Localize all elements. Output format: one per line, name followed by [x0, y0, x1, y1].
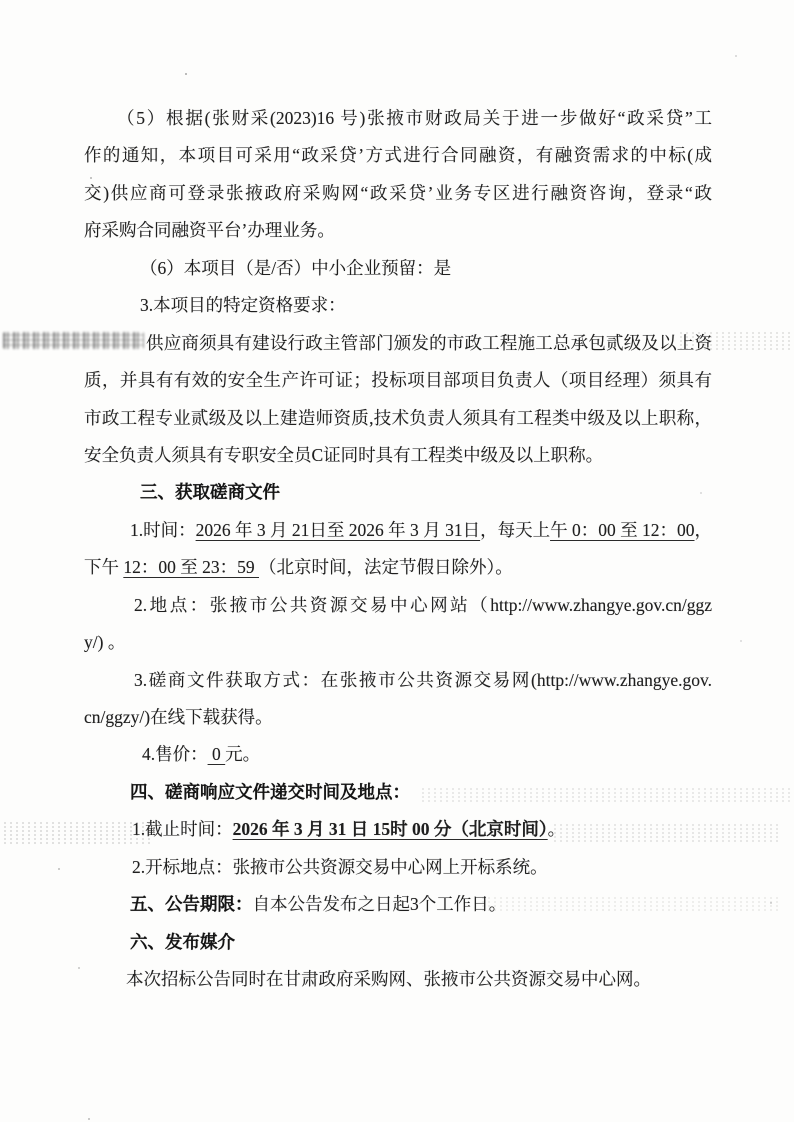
heading-section-6-media: 六、发布媒介: [84, 924, 712, 961]
item-3-specific-qualifications: 3.本项目的特定资格要求：: [84, 287, 712, 324]
item-location-line2: y/) 。: [84, 624, 712, 661]
para-5-line1: （5）根据(张财采(2023)16 号)张掖市财政局关于进一步做好“政采贷”工: [84, 100, 712, 137]
text-segment: y/) 。: [84, 632, 125, 652]
media-publication-line: 本次招标公告同时在甘肃政府采购网、张掖市公共资源交易中心网。: [84, 961, 712, 998]
text-segment: 本次招标公告同时在甘肃政府采购网、张掖市公共资源交易中心网。: [126, 969, 651, 989]
text-segment: （5）根据(张财采(2023)16 号)张掖市财政局关于进一步做好“政采贷”工: [117, 108, 712, 128]
item-price-line: 4.售价： 0 元。: [84, 736, 712, 773]
text-segment: 供应商须具有建设行政主管部门颁发的市政工程施工总承包贰级及以上资: [146, 333, 712, 353]
qualification-para-line3: 市政工程专业贰级及以上建造师资质,技术负责人须具有工程类中级及以上职称，: [84, 400, 712, 437]
para-5-line4: 府采购合同融资平台’办理业务。: [84, 212, 712, 249]
scan-noise-deadline-left: [2, 821, 154, 844]
text-segment: 作的通知，本项目可采用“政采贷’方式进行合同融资，有融资需求的中标(成: [84, 145, 712, 165]
section-5-label: 五、公告期限：: [130, 894, 253, 914]
para-5-line2: 作的通知，本项目可采用“政采贷’方式进行合同融资，有融资需求的中标(成: [84, 137, 712, 174]
text-segment: 元。: [225, 744, 260, 764]
text-segment: 下午: [84, 557, 123, 577]
text-segment: 2.地点：张掖市公共资源交易中心网站（http://www.zhangye.go…: [134, 595, 712, 615]
text-segment: 六、发布媒介: [130, 932, 235, 952]
text-segment: （北京时间，法定节假日除外）。: [259, 557, 513, 577]
text-segment: ，: [695, 520, 713, 540]
para-5-line3: 交)供应商可登录张掖政府采购网“政采贷’业务专区进行融资咨询，登录“政: [84, 175, 712, 212]
item-obtain-method-line2: cn/ggzy/)在线下载获得。: [84, 699, 712, 736]
underlined-morning-hours: 午 0：00 至 12：00: [550, 520, 694, 540]
text-segment: 1.时间：: [130, 520, 196, 540]
text-segment: 4.售价：: [142, 744, 208, 764]
scan-noise-deadline-right: [552, 823, 778, 844]
text-segment: 3.磋商文件获取方式：在张掖市公共资源交易网(http://www.zhangy…: [134, 670, 712, 690]
underlined-price-value: 0: [208, 744, 226, 764]
text-segment: 府采购合同融资平台’办理业务。: [84, 220, 335, 240]
text-segment: （6）本项目（是/否）中小企业预留：是: [140, 258, 451, 278]
document-text-block: （5）根据(张财采(2023)16 号)张掖市财政局关于进一步做好“政采贷”工 …: [84, 100, 712, 999]
scan-dust-specks: [185, 73, 187, 75]
text-segment: cn/ggzy/)在线下载获得。: [84, 707, 273, 727]
underlined-deadline-datetime: 2026 年 3 月 31 日 15时 00 分（北京时间）: [233, 819, 548, 839]
text-segment: 四、磋商响应文件递交时间及地点：: [130, 782, 410, 802]
scan-smudge-left-margin: [3, 332, 144, 349]
scanned-document-page: （5）根据(张财采(2023)16 号)张掖市财政局关于进一步做好“政采贷”工 …: [0, 0, 794, 1122]
text-segment: 交)供应商可登录张掖政府采购网“政采贷’业务专区进行融资咨询，登录“政: [84, 183, 712, 203]
item-time-line1: 1.时间：2026 年 3 月 21日至 2026 年 3 月 31日，每天上午…: [84, 512, 712, 549]
heading-section-3-obtain-documents: 三、获取磋商文件: [84, 474, 712, 511]
text-segment: 2.开标地点：张掖市公共资源交易中心网上开标系统。: [132, 857, 548, 877]
text-segment: 质，并具有有效的安全生产许可证；投标项目部项目负责人（项目经理）须具有: [84, 370, 712, 390]
qualification-para-line2: 质，并具有有效的安全生产许可证；投标项目部项目负责人（项目经理）须具有: [84, 362, 712, 399]
text-segment: 市政工程专业贰级及以上建造师资质,技术负责人须具有工程类中级及以上职称，: [84, 408, 712, 428]
text-segment: 3.本项目的特定资格要求：: [140, 295, 346, 315]
scan-noise-right-1: [678, 331, 792, 351]
underlined-date-range: 2026 年 3 月 21日至 2026 年 3 月 31日: [196, 520, 480, 540]
qualification-para-line1: 供应商须具有建设行政主管部门颁发的市政工程施工总承包贰级及以上资: [84, 325, 712, 362]
text-segment: ，每天上: [480, 520, 550, 540]
scan-noise-period-right: [480, 896, 780, 912]
text-segment: 自本公告发布之日起3个工作日。: [253, 894, 507, 914]
item-opening-location-line: 2.开标地点：张掖市公共资源交易中心网上开标系统。: [84, 849, 712, 886]
item-location-line1: 2.地点：张掖市公共资源交易中心网站（http://www.zhangye.go…: [84, 587, 712, 624]
item-obtain-method-line1: 3.磋商文件获取方式：在张掖市公共资源交易网(http://www.zhangy…: [84, 662, 712, 699]
qualification-para-line4: 安全负责人须具有专职安全员C证同时具有工程类中级及以上职称。: [84, 437, 712, 474]
text-segment: 安全负责人须具有专职安全员C证同时具有工程类中级及以上职称。: [84, 445, 603, 465]
para-6-line: （6）本项目（是/否）中小企业预留：是: [84, 250, 712, 287]
scan-noise-heading4-right: [420, 787, 792, 803]
item-time-line2: 下午 12：00 至 23：59 （北京时间，法定节假日除外）。: [84, 549, 712, 586]
underlined-afternoon-hours: 12：00 至 23：59: [123, 557, 259, 577]
text-segment: 三、获取磋商文件: [140, 482, 280, 502]
